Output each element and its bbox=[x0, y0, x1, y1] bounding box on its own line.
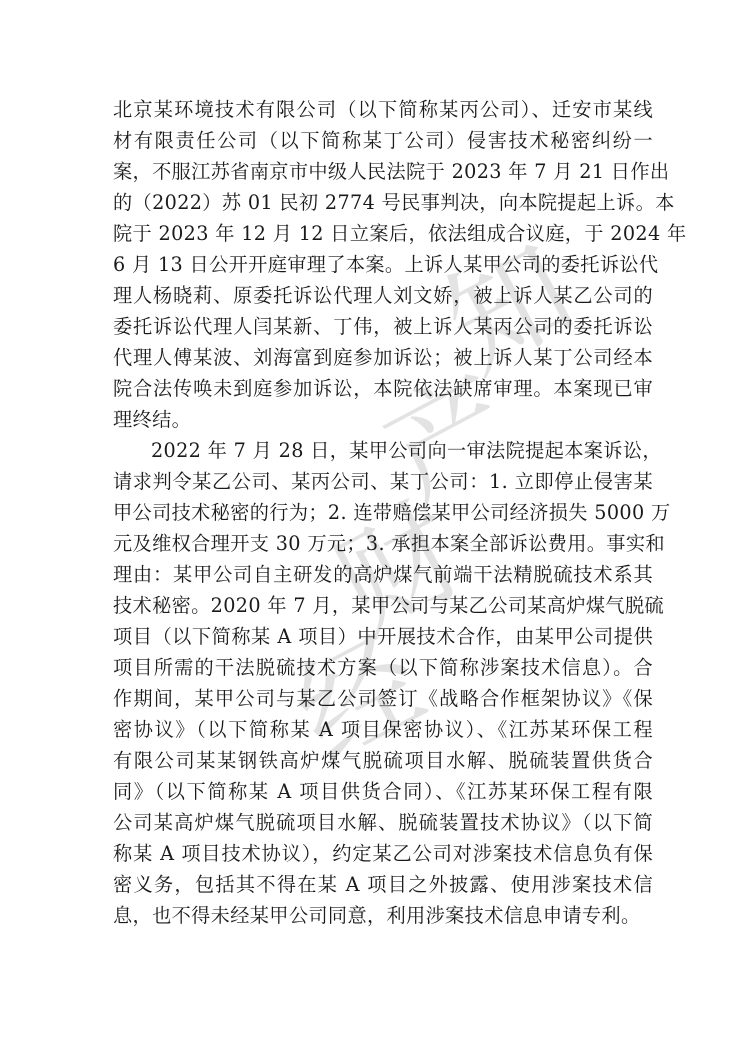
paragraph-procedural-history: 北京某环境技术有限公司（以下简称某丙公司）、迁安市某线 材有限责任公司（以下简称… bbox=[113, 94, 653, 435]
text-line: 的（2022）苏 01 民初 2774 号民事判决，向本院提起上诉。本 bbox=[113, 187, 653, 218]
text-line: 院合法传唤未到庭参加诉讼，本院依法缺席审理。本案现已审 bbox=[113, 373, 653, 404]
text-line: 作期间，某甲公司与某乙公司签订《战略合作框架协议》《保 bbox=[113, 683, 653, 714]
text-line: 理由：某甲公司自主研发的高炉煤气前端干法精脱硫技术系其 bbox=[113, 559, 653, 590]
text-line: 项目所需的干法脱硫技术方案（以下简称涉案技术信息）。合 bbox=[113, 652, 653, 683]
document-body: 北京某环境技术有限公司（以下简称某丙公司）、迁安市某线 材有限责任公司（以下简称… bbox=[113, 94, 653, 931]
text-line: 同》（以下简称某 A 项目供货合同）、《江苏某环保工程有限 bbox=[113, 776, 653, 807]
text-line: 案，不服江苏省南京市中级人民法院于 2023 年 7 月 21 日作出 bbox=[113, 156, 653, 187]
text-line: 密义务，包括其不得在某 A 项目之外披露、使用涉案技术信 bbox=[113, 869, 653, 900]
text-line: 北京某环境技术有限公司（以下简称某丙公司）、迁安市某线 bbox=[113, 94, 653, 125]
text-line: 技术秘密。2020 年 7 月，某甲公司与某乙公司某高炉煤气脱硫 bbox=[113, 590, 653, 621]
text-line: 理终结。 bbox=[113, 404, 653, 435]
paragraph-claims-and-facts: 2022 年 7 月 28 日，某甲公司向一审法院提起本案诉讼， 请求判令某乙公… bbox=[113, 435, 653, 931]
text-line: 委托诉讼代理人闫某新、丁伟，被上诉人某丙公司的委托诉讼 bbox=[113, 311, 653, 342]
text-line: 材有限责任公司（以下简称某丁公司）侵害技术秘密纠纷一 bbox=[113, 125, 653, 156]
text-line: 2022 年 7 月 28 日，某甲公司向一审法院提起本案诉讼， bbox=[113, 435, 653, 466]
text-line: 息，也不得未经某甲公司同意，利用涉案技术信息申请专利。 bbox=[113, 900, 653, 931]
text-line: 有限公司某某钢铁高炉煤气脱硫项目水解、脱硫装置供货合 bbox=[113, 745, 653, 776]
text-line: 项目（以下简称某 A 项目）中开展技术合作，由某甲公司提供 bbox=[113, 621, 653, 652]
text-line: 院于 2023 年 12 月 12 日立案后，依法组成合议庭，于 2024 年 bbox=[113, 218, 653, 249]
text-line: 6 月 13 日公开开庭审理了本案。上诉人某甲公司的委托诉讼代 bbox=[113, 249, 653, 280]
text-line: 代理人傅某波、刘海富到庭参加诉讼；被上诉人某丁公司经本 bbox=[113, 342, 653, 373]
text-line: 请求判令某乙公司、某丙公司、某丁公司：1. 立即停止侵害某 bbox=[113, 466, 653, 497]
text-line: 甲公司技术秘密的行为；2. 连带赔偿某甲公司经济损失 5000 万 bbox=[113, 497, 653, 528]
text-line: 公司某高炉煤气脱硫项目水解、脱硫装置技术协议》（以下简 bbox=[113, 807, 653, 838]
text-line: 密协议》（以下简称某 A 项目保密协议）、《江苏某环保工程 bbox=[113, 714, 653, 745]
text-line: 元及维权合理开支 30 万元；3. 承担本案全部诉讼费用。事实和 bbox=[113, 528, 653, 559]
document-page: 知 产 财 经 北京某环境技术有限公司（以下简称某丙公司）、迁安市某线 材有限责… bbox=[0, 0, 750, 1061]
text-line: 理人杨晓莉、原委托诉讼代理人刘文娇，被上诉人某乙公司的 bbox=[113, 280, 653, 311]
text-line: 称某 A 项目技术协议），约定某乙公司对涉案技术信息负有保 bbox=[113, 838, 653, 869]
